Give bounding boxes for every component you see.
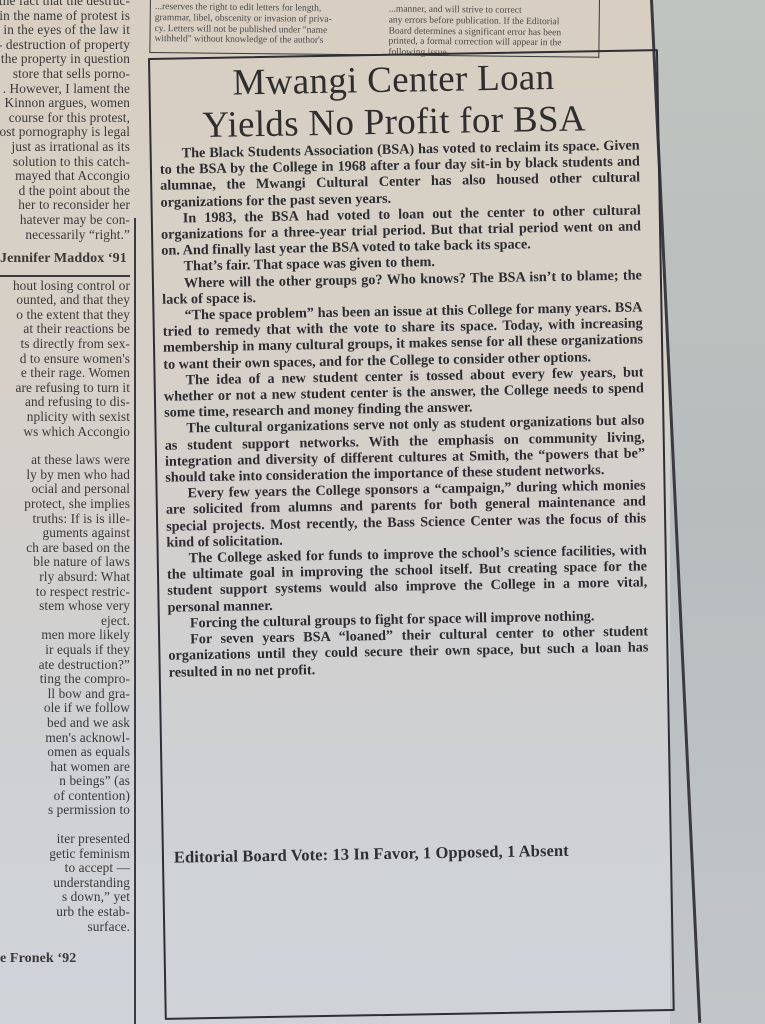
letter-line: hat women are [0, 760, 130, 775]
letter-line: d to ensure women's [0, 352, 130, 367]
letter-line: ble nature of laws [0, 555, 130, 570]
letter-line: getic feminism [0, 847, 130, 862]
letter-signature: Jennifer Maddox ‘91 [0, 252, 130, 267]
letter-line: are refusing to turn it [0, 381, 130, 396]
letter-line: s permission to [0, 803, 130, 818]
letters-column: the fact that the destruc- in the name o… [0, 0, 130, 967]
divider [0, 275, 130, 277]
letter-line: n beings” (as [0, 774, 130, 789]
letter-line: and refusing to dis- [0, 395, 130, 410]
letters-policy-box: ...reserves the right to edit letters fo… [149, 0, 600, 58]
letter-line: understanding [0, 876, 130, 891]
letter-line: ting the compro- [0, 672, 130, 687]
letter-line: urb the estab- [0, 905, 130, 920]
letter-line: eject. [0, 614, 130, 629]
letter-line: ch are based on the [0, 541, 130, 556]
editorial-paragraph: For seven years BSA “loaned” their cultu… [168, 623, 649, 680]
letter-line: course for this protest, [0, 111, 130, 126]
editorial-paragraph: The Black Students Association (BSA) has… [160, 137, 641, 210]
letter-line: truths: If is is ille- [0, 512, 130, 527]
letter-line: of contention) [0, 789, 130, 804]
letter-line: ocial and personal [0, 482, 130, 497]
letter-line: to respect restric- [0, 585, 130, 600]
editorial-paragraph: The College asked for funds to improve t… [167, 542, 648, 615]
editorial-paragraph: The idea of a new student center is toss… [163, 364, 644, 421]
letter-line: stem whose very [0, 599, 130, 614]
letter-line: ost pornography is legal [0, 125, 130, 140]
letter-line: at their reactions be [0, 322, 130, 337]
letter-line: at these laws were [0, 453, 130, 468]
letter-line: the property in question [0, 52, 130, 67]
letter-line: the fact that the destruc- [0, 0, 130, 9]
letter-line: - destruction of property [0, 38, 130, 53]
letter-line: ate destruction?” [0, 658, 130, 673]
letter-line: mayed that Accongio [0, 169, 130, 184]
editorial-paragraph: “The space problem” has been an issue at… [162, 299, 643, 372]
letter-1: the fact that the destruc- in the name o… [0, 0, 130, 277]
letter-line: ounted, and that they [0, 293, 130, 308]
letter-line: e their rage. Women [0, 366, 130, 381]
letter-line: d the point about the [0, 184, 130, 199]
letter-line: in the name of protest is [0, 9, 130, 24]
letter-line: bed and we ask [0, 716, 130, 731]
policy-line: withheld" without knowledge of the autho… [154, 34, 366, 47]
editorial-body: The Black Students Association (BSA) has… [160, 137, 649, 680]
letter-2: hout losing control or ounted, and that … [0, 279, 130, 967]
letter-line: ws which Accongio [0, 425, 130, 440]
letter-line: guments against [0, 526, 130, 541]
letter-line: rly absurd: What [0, 570, 130, 585]
editorial-board-vote: Editorial Board Vote: 13 In Favor, 1 Opp… [174, 841, 569, 868]
letter-line: omen as equals [0, 745, 130, 760]
letter-line: Kinnon argues, women [0, 96, 130, 111]
letter-line: s down,” yet [0, 890, 130, 905]
letter-line: ly by men who had [0, 468, 130, 483]
editorial-paragraph: Every few years the College sponsors a “… [165, 478, 646, 551]
letter-line: iter presented [0, 832, 130, 847]
letter-line: e in the eyes of the law it [0, 23, 130, 38]
policy-column-left: ...reserves the right to edit letters fo… [154, 2, 366, 47]
letter-line: protect, she implies [0, 497, 130, 512]
letter-line: ole if we follow [0, 701, 130, 716]
editorial-paragraph: In 1983, the BSA had voted to loan out t… [161, 202, 642, 259]
column-divider [134, 218, 136, 1024]
letter-line: men more likely [0, 628, 130, 643]
letter-line: ir equals if they [0, 643, 130, 658]
letter-line: solution to this catch- [0, 155, 130, 170]
letter-line: to accept — [0, 861, 130, 876]
letter-line: nplicity with sexist [0, 410, 130, 425]
letter-line: necessarily “right.” [0, 228, 130, 243]
letter-line: hatever may be con- [0, 213, 130, 228]
editorial-box: Mwangi Center Loan Yields No Profit for … [148, 49, 675, 1020]
letter-line: men's acknowl- [0, 731, 130, 746]
letter-line: o the extent that they [0, 308, 130, 323]
letter-line: . However, I lament the [0, 82, 130, 97]
letter-line: her to reconsider her [0, 198, 130, 213]
letter-line: just as irrational as its [0, 140, 130, 155]
letter-signature: e Fronek ‘92 [0, 952, 130, 967]
editorial-paragraph: The cultural organizations serve not onl… [164, 413, 645, 486]
editorial-headline: Mwangi Center Loan Yields No Profit for … [158, 56, 629, 148]
letter-line: ll bow and gra- [0, 687, 130, 702]
letter-line: store that sells porno- [0, 67, 130, 82]
letter-line: ts directly from sex- [0, 337, 130, 352]
letter-line: hout losing control or [0, 279, 130, 294]
letter-line: surface. [0, 920, 130, 935]
